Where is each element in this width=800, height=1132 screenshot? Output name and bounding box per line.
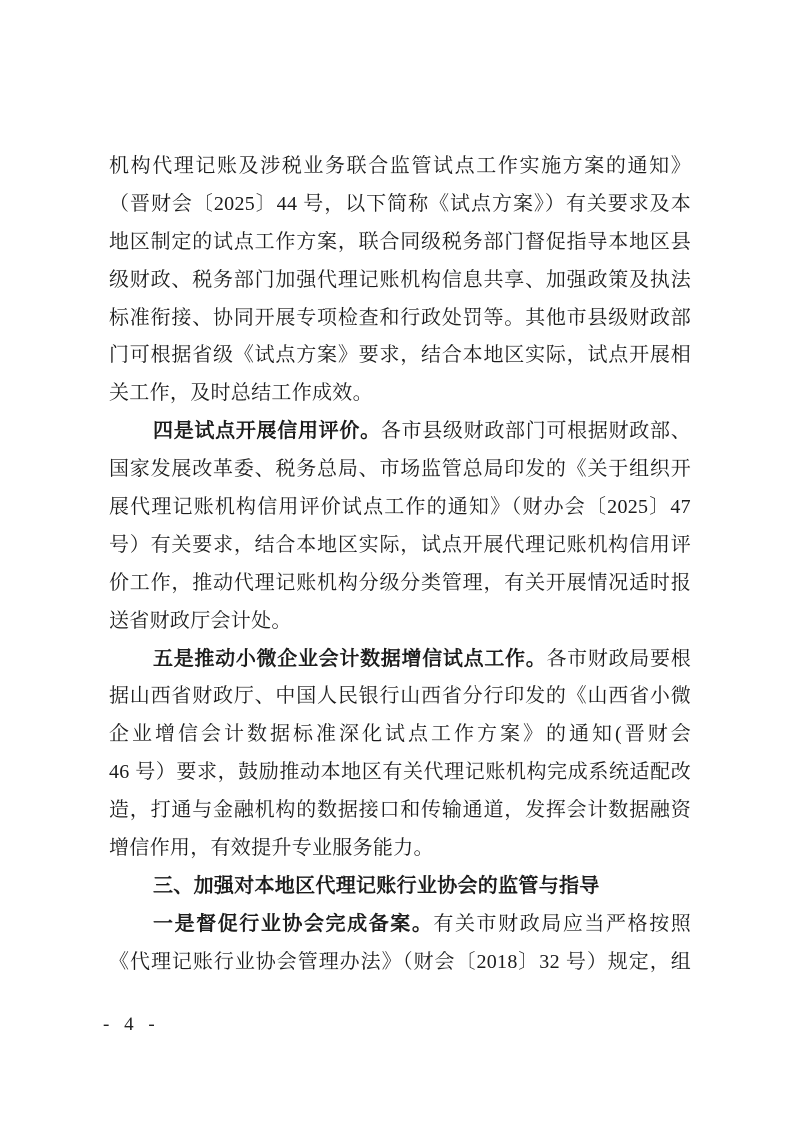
text-line: 增信作用，有效提升专业服务能力。 (109, 830, 691, 868)
page-number: - 4 - (103, 1013, 160, 1037)
text-segment: 增信作用，有效提升专业服务能力。 (109, 837, 434, 859)
text-line: 关工作，及时总结工作成效。 (109, 375, 691, 413)
text-line: 价工作，推动代理记账机构分级分类管理，有关开展情况适时报 (109, 565, 691, 603)
text-line: 46 号）要求，鼓励推动本地区有关代理记账机构完成系统适配改 (109, 754, 691, 792)
document-page: 机构代理记账及涉税业务联合监管试点工作实施方案的通知》（晋财会〔2025〕44 … (0, 0, 800, 1132)
text-segment: 送省财政厅会计处。 (109, 610, 292, 632)
text-line: 三、加强对本地区代理记账行业协会的监管与指导 (109, 868, 691, 906)
text-line: 展代理记账机构信用评价试点工作的通知》（财办会〔2025〕47 (109, 489, 691, 527)
document-body: 机构代理记账及涉税业务联合监管试点工作实施方案的通知》（晋财会〔2025〕44 … (109, 148, 691, 982)
text-segment: 机构代理记账及涉税业务联合监管试点工作实施方案的通知》 (109, 155, 691, 177)
text-segment: 企业增信会计数据标准深化试点工作方案》的通知(晋财会〔2025〕 (109, 723, 691, 754)
text-line: 机构代理记账及涉税业务联合监管试点工作实施方案的通知》 (109, 148, 691, 186)
text-line: 送省财政厅会计处。 (109, 603, 691, 641)
text-segment: 据山西省财政厅、中国人民银行山西省分行印发的《山西省小微 (109, 685, 691, 707)
text-segment: （晋财会〔2025〕44 号，以下简称《试点方案》）有关要求及本 (109, 193, 691, 215)
text-line: 《代理记账行业协会管理办法》（财会〔2018〕32 号）规定，组 (109, 944, 691, 982)
text-line: 企业增信会计数据标准深化试点工作方案》的通知(晋财会〔2025〕 (109, 716, 691, 754)
text-segment: 号）有关要求，结合本地区实际，试点开展代理记账机构信用评 (109, 534, 691, 556)
text-line: 造，打通与金融机构的数据接口和传输通道，发挥会计数据融资 (109, 792, 691, 830)
text-line: 号）有关要求，结合本地区实际，试点开展代理记账机构信用评 (109, 527, 691, 565)
text-segment: 《代理记账行业协会管理办法》（财会〔2018〕32 号）规定，组 (109, 951, 691, 973)
text-segment: 各市县级财政部门可根据财政部、 (381, 420, 691, 442)
text-segment: 价工作，推动代理记账机构分级分类管理，有关开展情况适时报 (109, 572, 691, 594)
text-segment: 造，打通与金融机构的数据接口和传输通道，发挥会计数据融资 (109, 799, 691, 821)
text-segment: 门可根据省级《试点方案》要求，结合本地区实际，试点开展相 (109, 344, 691, 366)
text-segment: 地区制定的试点工作方案，联合同级税务部门督促指导本地区县 (109, 231, 691, 253)
text-line: （晋财会〔2025〕44 号，以下简称《试点方案》）有关要求及本 (109, 186, 691, 224)
bold-text-segment: 五是推动小微企业会计数据增信试点工作。 (153, 648, 546, 670)
text-segment: 各市财政局要根 (546, 648, 691, 670)
text-line: 标准衔接、协同开展专项检查和行政处罚等。其他市县级财政部 (109, 300, 691, 338)
text-line: 国家发展改革委、税务总局、市场监管总局印发的《关于组织开 (109, 451, 691, 489)
text-line: 五是推动小微企业会计数据增信试点工作。各市财政局要根 (109, 641, 691, 679)
text-segment: 级财政、税务部门加强代理记账机构信息共享、加强政策及执法 (109, 269, 691, 291)
bold-text-segment: 四是试点开展信用评价。 (153, 420, 381, 442)
text-line: 级财政、税务部门加强代理记账机构信息共享、加强政策及执法 (109, 262, 691, 300)
text-segment: 关工作，及时总结工作成效。 (109, 382, 373, 404)
text-segment: 46 号）要求，鼓励推动本地区有关代理记账机构完成系统适配改 (109, 761, 691, 783)
text-segment: 有关市财政局应当严格按照 (433, 913, 691, 935)
text-line: 据山西省财政厅、中国人民银行山西省分行印发的《山西省小微 (109, 678, 691, 716)
bold-text-segment: 三、加强对本地区代理记账行业协会的监管与指导 (153, 875, 600, 897)
text-line: 地区制定的试点工作方案，联合同级税务部门督促指导本地区县 (109, 224, 691, 262)
text-line: 一是督促行业协会完成备案。有关市财政局应当严格按照 (109, 906, 691, 944)
text-segment: 国家发展改革委、税务总局、市场监管总局印发的《关于组织开 (109, 458, 691, 480)
text-segment: 展代理记账机构信用评价试点工作的通知》（财办会〔2025〕47 (109, 496, 691, 518)
bold-text-segment: 一是督促行业协会完成备案。 (153, 913, 433, 935)
text-line: 门可根据省级《试点方案》要求，结合本地区实际，试点开展相 (109, 337, 691, 375)
text-segment: 标准衔接、协同开展专项检查和行政处罚等。其他市县级财政部 (109, 307, 691, 329)
text-line: 四是试点开展信用评价。各市县级财政部门可根据财政部、 (109, 413, 691, 451)
